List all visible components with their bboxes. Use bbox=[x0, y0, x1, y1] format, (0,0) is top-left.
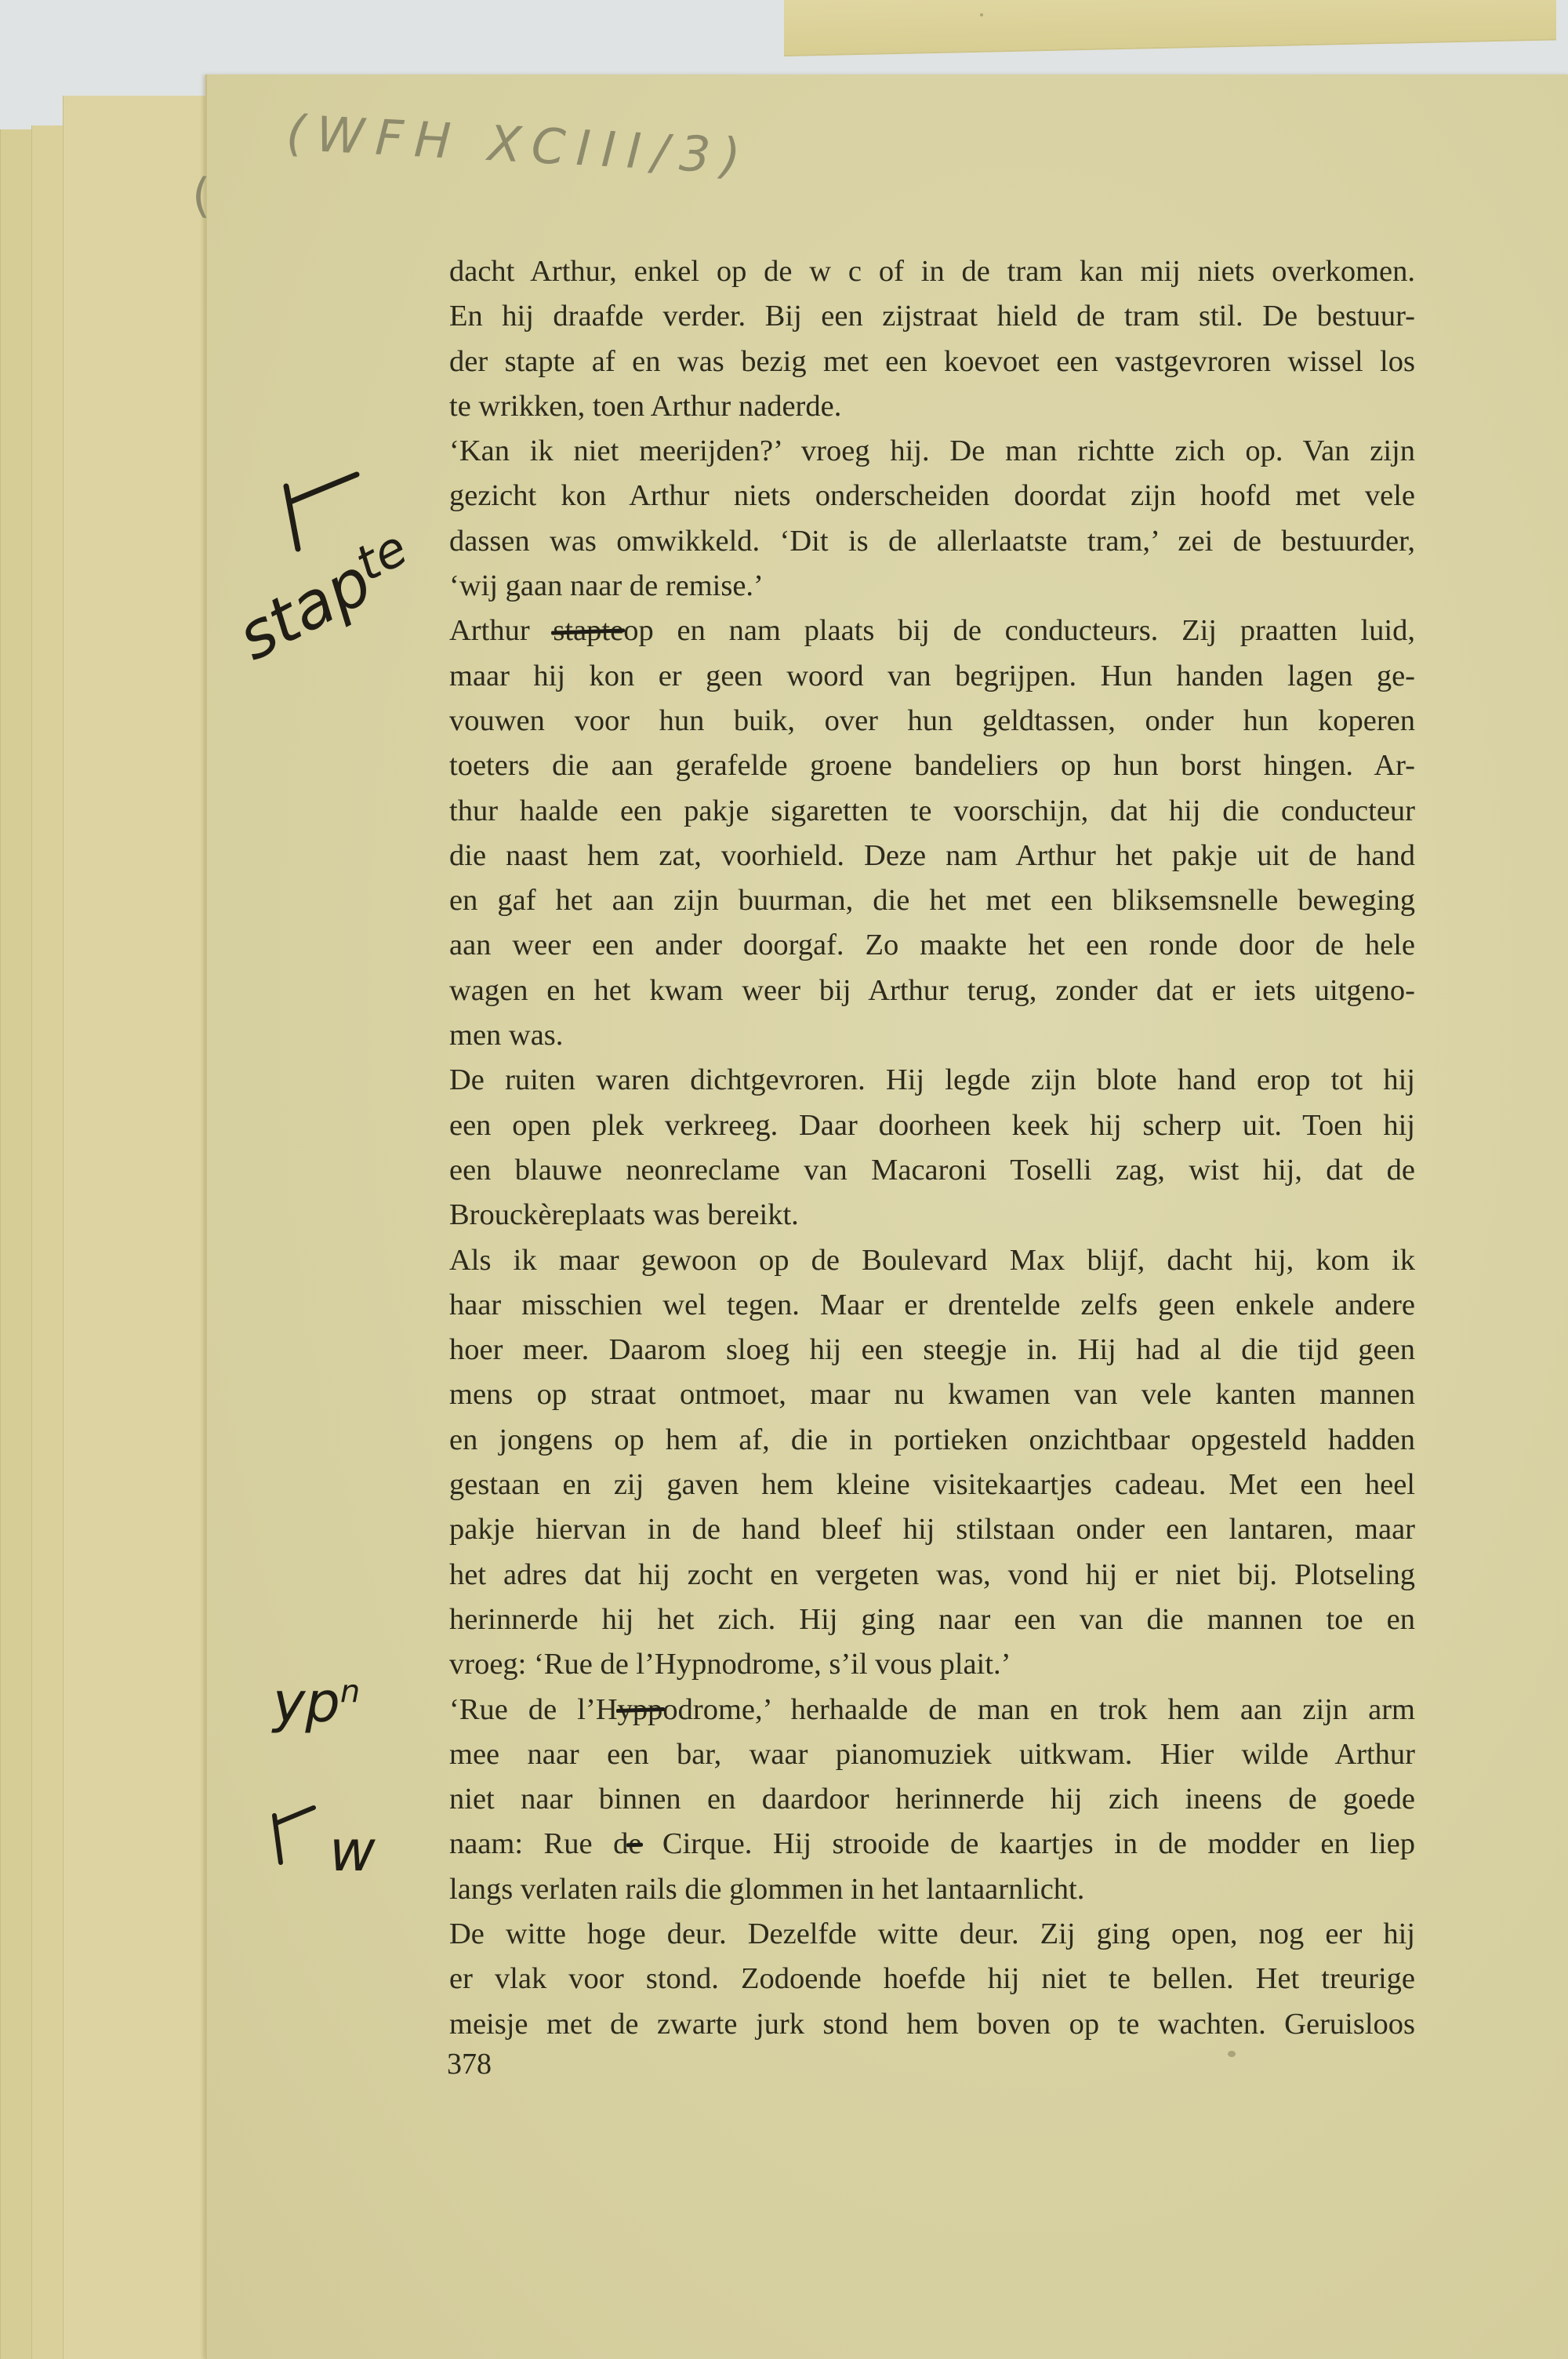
text-line: aan weer een ander doorgaf. Zo maakte he… bbox=[449, 923, 1415, 968]
text-line: mee naar een bar, waar pianomuziek uitkw… bbox=[449, 1732, 1415, 1777]
corrected-text-line: Arthur stapteop en nam plaats bij de con… bbox=[449, 609, 1415, 653]
text-line: meisje met de zwarte jurk stond hem bove… bbox=[449, 2002, 1415, 2047]
text-line: ‘wij gaan naar de remise.’ bbox=[449, 564, 1415, 609]
text-line: men was. bbox=[449, 1013, 1415, 1058]
text-line: wagen en het kwam weer bij Arthur terug,… bbox=[449, 969, 1415, 1013]
text-line: De witte hoge deur. Dezelfde witte deur.… bbox=[449, 1912, 1415, 1957]
stacked-sheet-top-edge bbox=[784, 0, 1556, 56]
text-line: thur haalde een pakje sigaretten te voor… bbox=[449, 789, 1415, 834]
paper-blemish bbox=[1228, 2051, 1236, 2057]
text-line: Brouckèreplaats was bereikt. bbox=[449, 1193, 1415, 1238]
text-line: herinnerde hij het zich. Hij ging naar e… bbox=[449, 1598, 1415, 1642]
text-line: dassen was omwikkeld. ‘Dit is de allerla… bbox=[449, 519, 1415, 564]
text-line: te wrikken, toen Arthur naderde. bbox=[449, 384, 1415, 429]
text-line: gestaan en zij gaven hem kleine visiteka… bbox=[449, 1463, 1415, 1507]
text-line: en jongens op hem af, die in portieken o… bbox=[449, 1418, 1415, 1463]
text-line: er vlak voor stond. Zodoende hoefde hij … bbox=[449, 1957, 1415, 2001]
corrected-text-line: naam: Rue de Cirque. Hij strooide de kaa… bbox=[449, 1822, 1415, 1866]
margin-note-correction: ypn bbox=[273, 1670, 360, 1735]
text-line: der stapte af en was bezig met een koevo… bbox=[449, 340, 1415, 384]
text-line: maar hij kon er geen woord van begrijpen… bbox=[449, 654, 1415, 699]
text-line: toeters die aan gerafelde groene bandeli… bbox=[449, 743, 1415, 788]
text-line: En hij draafde verder. Bij een zijstraat… bbox=[449, 294, 1415, 339]
text-line: pakje hiervan in de hand bleef hij stils… bbox=[449, 1507, 1415, 1552]
struck-word: stapte bbox=[553, 609, 623, 653]
text-line: vroeg: ‘Rue de l’Hypnodrome, s’il vous p… bbox=[449, 1642, 1415, 1687]
margin-note-correction: w bbox=[329, 1818, 376, 1884]
text-line: die naast hem zat, voorhield. Deze nam A… bbox=[449, 834, 1415, 878]
page-number: 378 bbox=[447, 2047, 492, 2081]
pencil-mark: ( bbox=[192, 169, 210, 224]
struck-letter: e bbox=[628, 1822, 641, 1866]
page-body-text: dacht Arthur, enkel op de w c of in de t… bbox=[449, 249, 1415, 2047]
text-line: niet naar binnen en daardoor herinnerde … bbox=[449, 1777, 1415, 1822]
text-line: en gaf het aan zijn buurman, die het met… bbox=[449, 878, 1415, 923]
text-line: een blauwe neonreclame van Macaroni Tose… bbox=[449, 1148, 1415, 1193]
text-line: mens op straat ontmoet, maar nu kwamen v… bbox=[449, 1372, 1415, 1417]
text-line: ‘Kan ik niet meerijden?’ vroeg hij. De m… bbox=[449, 429, 1415, 474]
text-line: vouwen voor hun buik, over hun geldtasse… bbox=[449, 699, 1415, 743]
text-line: het adres dat hij zocht en vergeten was,… bbox=[449, 1553, 1415, 1598]
text-line: De ruiten waren dichtgevroren. Hij legde… bbox=[449, 1058, 1415, 1103]
text-line: dacht Arthur, enkel op de w c of in de t… bbox=[449, 249, 1415, 294]
text-line: een open plek verkreeg. Daar doorheen ke… bbox=[449, 1103, 1415, 1148]
struck-letters: ypp bbox=[618, 1688, 663, 1732]
text-line: gezicht kon Arthur niets onderscheiden d… bbox=[449, 474, 1415, 518]
text-line: haar misschien wel tegen. Maar er drente… bbox=[449, 1283, 1415, 1328]
text-line: Als ik maar gewoon op de Boulevard Max b… bbox=[449, 1238, 1415, 1283]
corrected-text-line: ‘Rue de l’Hyppodrome,’ herhaalde de man … bbox=[449, 1688, 1415, 1732]
paper-blemish bbox=[980, 13, 983, 16]
text-line: hoer meer. Daarom sloeg hij een steegje … bbox=[449, 1328, 1415, 1372]
insertion-mark-icon bbox=[267, 1804, 321, 1866]
text-line: langs verlaten rails die glommen in het … bbox=[449, 1867, 1415, 1912]
